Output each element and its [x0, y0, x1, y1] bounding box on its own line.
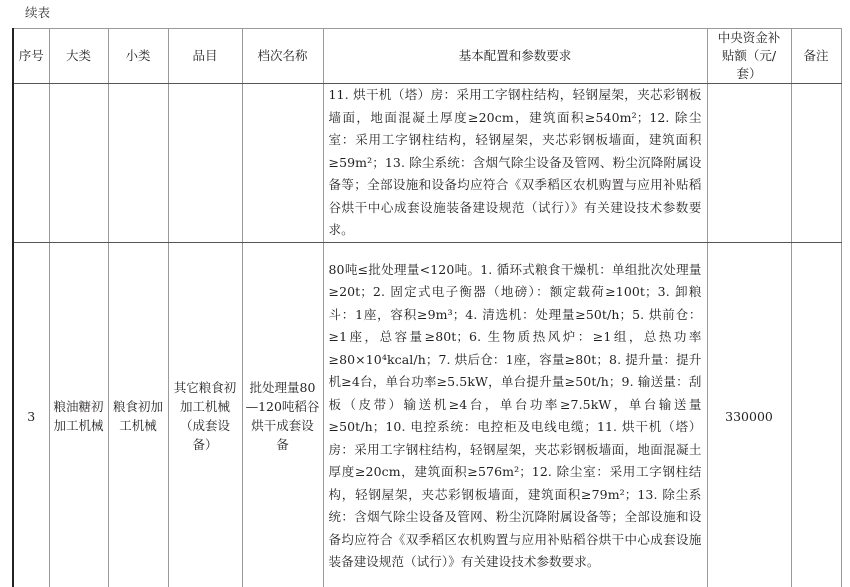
table-row: 3 粮油糖初加工机械 粮食初加工机械 其它粮食初加工机械（成套设备） 批处理量8…: [13, 242, 841, 587]
cell-spec: 80吨≤批处理量<120吨。1. 循环式粮食干燥机：单组批次处理量≥20t；2.…: [323, 242, 707, 587]
cell-major-category: 粮油糖初加工机械: [49, 242, 108, 587]
header-grade-name: 档次名称: [242, 29, 323, 84]
cell-seq: 3: [13, 242, 49, 587]
cell-seq: [13, 84, 49, 243]
header-spec: 基本配置和参数要求: [323, 29, 707, 84]
header-row: 序号 大类 小类 品目 档次名称 基本配置和参数要求 中央资金补贴额（元/套） …: [13, 29, 841, 84]
cell-spec: 11. 烘干机（塔）房：采用工字钢柱结构，轻钢屋架，夹芯彩钢板墙面，地面混凝土厚…: [323, 84, 707, 243]
cell-subsidy: 330000: [707, 242, 791, 587]
table-caption: 续表: [25, 3, 50, 21]
header-major-category: 大类: [49, 29, 108, 84]
cell-note: [791, 242, 841, 587]
cell-grade-name: [242, 84, 323, 243]
cell-minor-category: 粮食初加工机械: [108, 242, 168, 587]
header-subsidy: 中央资金补贴额（元/套）: [707, 29, 791, 84]
header-note: 备注: [791, 29, 841, 84]
cell-subsidy: [707, 84, 791, 243]
cell-minor-category: [108, 84, 168, 243]
header-seq: 序号: [13, 29, 49, 84]
subsidy-spec-table: 序号 大类 小类 品目 档次名称 基本配置和参数要求 中央资金补贴额（元/套） …: [12, 28, 842, 587]
header-item: 品目: [168, 29, 242, 84]
cell-note: [791, 84, 841, 243]
header-minor-category: 小类: [108, 29, 168, 84]
cell-major-category: [49, 84, 108, 243]
cell-grade-name: 批处理量80—120吨稻谷烘干成套设备: [242, 242, 323, 587]
table-row: 11. 烘干机（塔）房：采用工字钢柱结构，轻钢屋架，夹芯彩钢板墙面，地面混凝土厚…: [13, 84, 841, 243]
cell-item: 其它粮食初加工机械（成套设备）: [168, 242, 242, 587]
cell-item: [168, 84, 242, 243]
